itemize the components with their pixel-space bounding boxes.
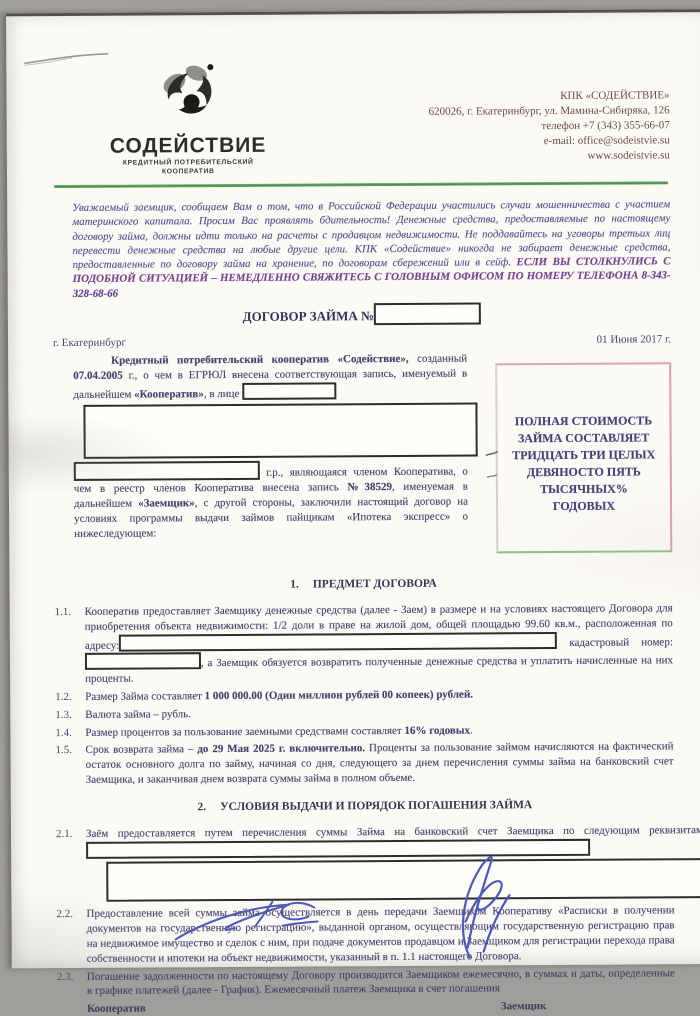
repayment-deadline: до 29 Мая 2025 г. включительно. — [197, 743, 365, 756]
contact-block: КПК «СОДЕЙСТВИЕ» 620026, г. Екатеринбург… — [429, 88, 670, 174]
clause-1-3: 1.3. Валюта займа – рубль. — [55, 704, 673, 723]
coop-name-bold: Кредитный потребительский кооператив «Со… — [111, 353, 409, 367]
contract-title-row: ДОГОВОР ЗАЙМА № — [53, 301, 671, 327]
section1-items: 1.1. Кооператив предоставляет Заемщику д… — [55, 601, 674, 788]
clause-1-5: 1.5. Срок возврата займа – до 29 Мая 202… — [55, 740, 673, 788]
intro-paragraph-2: г.р., являющаяся членом Кооператива, о ч… — [74, 460, 468, 541]
intro-paragraph-1: Кредитный потребительский кооператив «Со… — [73, 352, 467, 403]
interest-rate: 16% годовых — [404, 724, 470, 736]
contract-title: ДОГОВОР ЗАЙМА № — [243, 308, 375, 324]
clause-1-2: 1.2. Размер Займа составляет 1 000 000.0… — [55, 686, 673, 705]
birthdate-redaction — [74, 461, 260, 481]
contact-email: e-mail: office@sodeistvie.su — [429, 133, 670, 149]
letterhead: СОДЕЙСТВИЕ КРЕДИТНЫЙ ПОТРЕБИТЕЛЬСКИЙ КОО… — [51, 12, 670, 177]
loan-amount: 1 000 000.00 (Один миллион рублей 00 коп… — [205, 689, 473, 703]
clause-2-1: 2.1. Заём предоставляется путем перечисл… — [56, 823, 674, 904]
bank-requisites-redaction-block — [106, 859, 700, 903]
sodeistvie-logo-icon — [145, 59, 231, 128]
contact-phone: телефон +7 (343) 355-66-07 — [429, 118, 670, 134]
scanned-document-page: СОДЕЙСТВИЕ КРЕДИТНЫЙ ПОТРЕБИТЕЛЬСКИЙ КОО… — [6, 9, 700, 958]
clause-1-1: 1.1. Кооператив предоставляет Заемщику д… — [55, 601, 673, 687]
city-label: г. Екатеринбург — [53, 337, 126, 349]
contact-address: 620026, г. Екатеринбург, ул. Мамина-Сиби… — [429, 103, 670, 119]
meta-row: г. Екатеринбург 01 Июня 2017 г. — [53, 333, 671, 349]
section1-heading: 1.ПРЕДМЕТ ДОГОВОРА — [54, 576, 672, 592]
logo-company-name: СОДЕЙСТВИЕ — [110, 134, 267, 159]
logo-subtitle-line1: КРЕДИТНЫЙ ПОТРЕБИТЕЛЬСКИЙ — [110, 158, 267, 168]
intro-paragraphs: Кредитный потребительский кооператив «Со… — [73, 352, 468, 556]
contact-website: www.sodeistvie.su — [429, 148, 670, 164]
section2-items: 2.1. Заём предоставляется путем перечисл… — [56, 823, 675, 958]
intro-section: Кредитный потребительский кооператив «Со… — [53, 350, 672, 556]
clause-1-4: 1.4. Размер процентов за пользование зае… — [55, 722, 673, 741]
pen-marks — [484, 449, 500, 485]
member-record-number: №38529 — [347, 481, 392, 493]
representative-name-redaction — [242, 382, 336, 400]
bank-requisites-redaction-line — [86, 838, 590, 858]
company-logo: СОДЕЙСТВИЕ КРЕДИТНЫЙ ПОТРЕБИТЕЛЬСКИЙ КОО… — [109, 59, 266, 177]
founding-date: 07.04.2005 — [73, 370, 123, 382]
logo-subtitle-line2: КООПЕРАТИВ — [110, 167, 267, 177]
borrower-details-redaction — [83, 403, 477, 459]
fraud-warning-paragraph: Уважаемый заемщик, сообщаем Вам о том, ч… — [72, 197, 671, 301]
header-divider-line — [54, 181, 668, 188]
contact-org: КПК «СОДЕЙСТВИЕ» — [429, 88, 670, 104]
full-loan-cost-box: ПОЛНАЯ СТОИМОСТЬ ЗАЙМА СОСТАВЛЯЕТ ТРИДЦА… — [495, 362, 672, 553]
cadastral-number-redaction — [85, 653, 201, 671]
contract-number-redaction — [374, 303, 481, 326]
date-label: 01 Июня 2017 г. — [597, 333, 671, 345]
clause-2-2: 2.2. Предоставление всей суммы займа осу… — [56, 904, 674, 958]
section2-heading: 2.УСЛОВИЯ ВЫДАЧИ И ПОРЯДОК ПОГАШЕНИЯ ЗАЙ… — [56, 798, 674, 814]
property-address-redaction — [119, 632, 557, 652]
full-loan-cost-text: ПОЛНАЯ СТОИМОСТЬ ЗАЙМА СОСТАВЛЯЕТ ТРИДЦА… — [512, 413, 655, 513]
